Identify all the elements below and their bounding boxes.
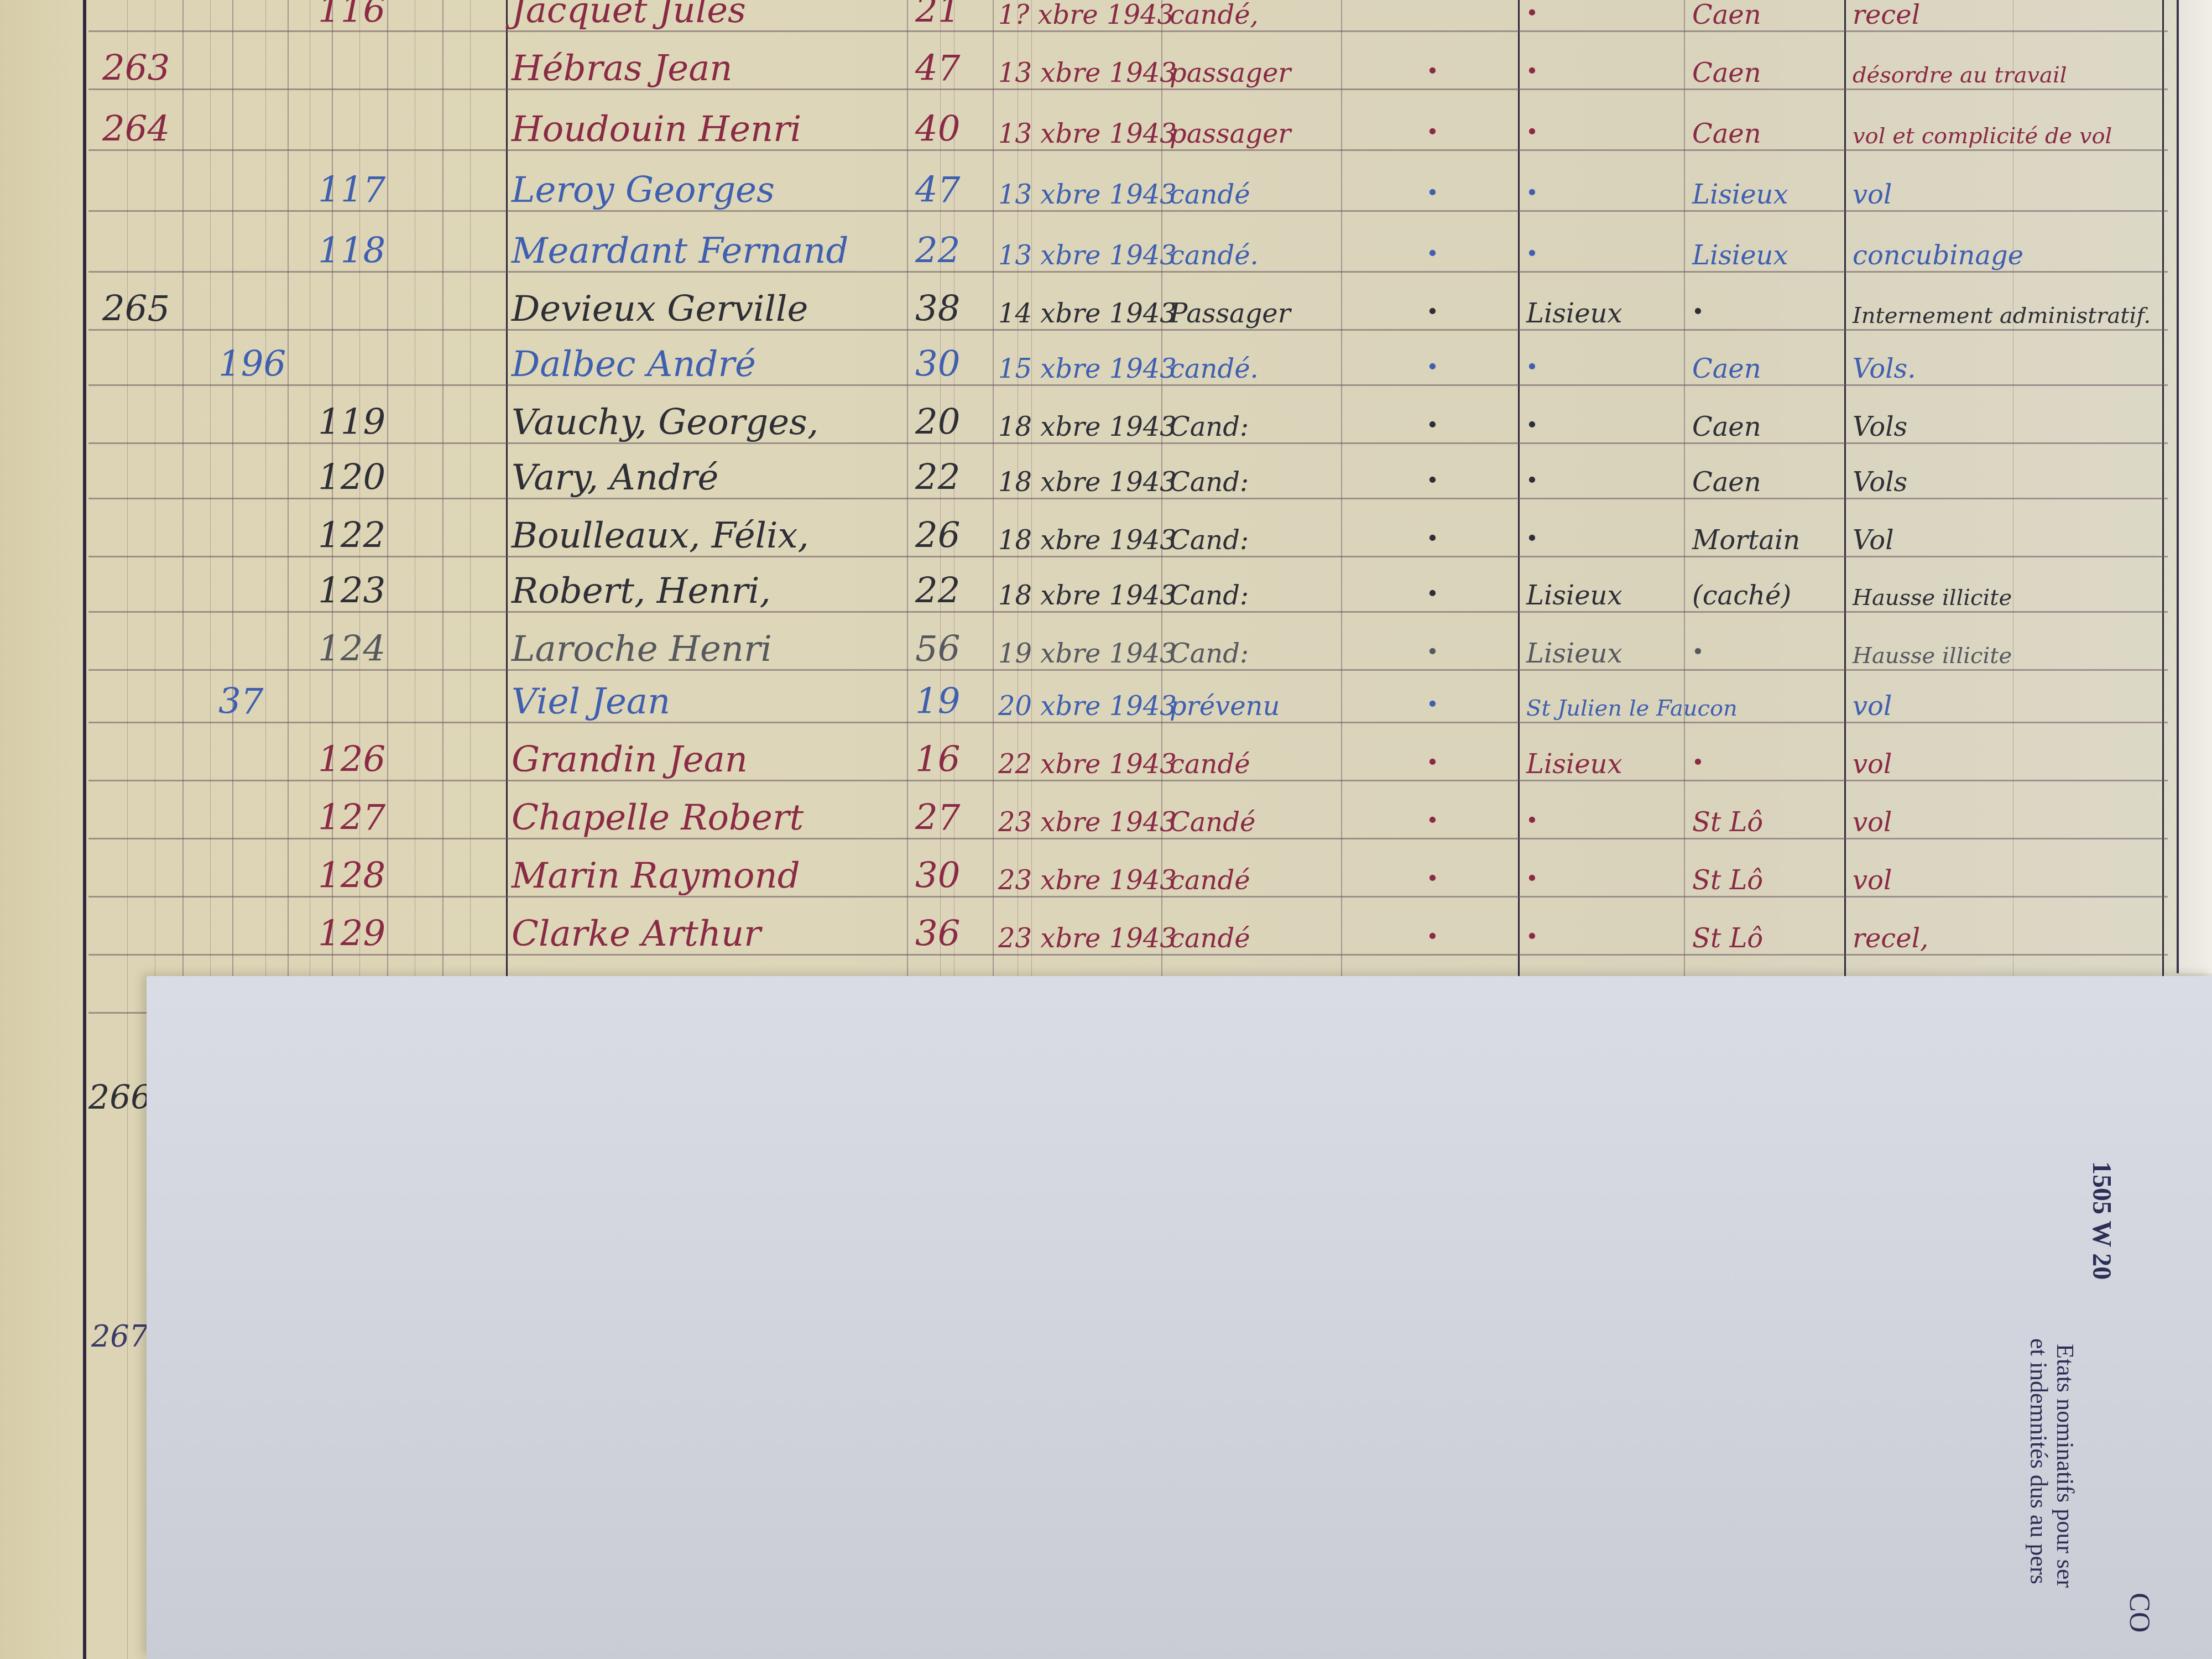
lieu-1: . <box>1526 106 1538 139</box>
register-row: 128Marin Raymond3023 xbre 1943candé..St … <box>0 835 2212 897</box>
entry-number: 119 <box>318 405 385 440</box>
motif: concubinage <box>1853 242 2023 269</box>
person-name: Vauchy, Georges, <box>512 405 818 440</box>
entry-number: 120 <box>318 460 385 495</box>
archive-corner-text: CO <box>2123 1593 2156 1632</box>
person-name: Clarke Arthur <box>512 916 761 952</box>
motif: vol <box>1853 867 1892 894</box>
age: 22 <box>915 460 960 495</box>
motif: recel, <box>1853 925 1928 952</box>
motif: Vols <box>1853 469 1907 495</box>
date: 13 xbre 1943 <box>998 121 1177 147</box>
register-row: 263Hébras Jean4713 xbre 1943passager..Ca… <box>0 28 2212 90</box>
lieu-2: Caen <box>1692 121 1761 147</box>
blank-column-mark: . <box>1427 795 1438 828</box>
register-number: 265 <box>102 291 170 327</box>
register-row: 265Devieux Gerville3814 xbre 1943Passage… <box>0 268 2212 330</box>
date: 13 xbre 1943 <box>998 60 1177 86</box>
lieu-2: (caché) <box>1692 582 1791 609</box>
lieu-1: . <box>1526 228 1538 261</box>
lieu-2: St Lô <box>1692 867 1763 894</box>
lieu-1: St Julien le Faucon <box>1526 697 1738 719</box>
register-row: 264Houdouin Henri4013 xbre 1943passager.… <box>0 88 2212 150</box>
lieu-2: . <box>1692 737 1704 770</box>
age: 26 <box>915 518 960 554</box>
entry-number: 122 <box>318 518 385 554</box>
qualite: candé <box>1170 867 1250 894</box>
register-row: 118Meardant Fernand2213 xbre 1943candé..… <box>0 210 2212 272</box>
lieu-1: . <box>1526 455 1538 488</box>
person-name: Chapelle Robert <box>512 800 804 836</box>
margin-number-267: 267 <box>91 1319 148 1354</box>
age: 19 <box>915 684 960 719</box>
date: 13 xbre 1943 <box>998 181 1177 208</box>
motif: recel <box>1853 2 1920 28</box>
blank-column-mark: . <box>1427 911 1438 944</box>
register-row: 123Robert, Henri,2218 xbre 1943Cand:.Lis… <box>0 550 2212 612</box>
lieu-2: Caen <box>1692 469 1761 495</box>
person-name: Marin Raymond <box>512 858 800 894</box>
lieu-2: Caen <box>1692 356 1761 382</box>
age: 22 <box>915 573 960 609</box>
lieu-2: . <box>1692 286 1704 319</box>
lieu-1: . <box>1526 853 1538 886</box>
qualite: Cand: <box>1170 469 1249 495</box>
qualite: candé <box>1170 181 1250 208</box>
age: 27 <box>915 800 960 836</box>
date: 23 xbre 1943 <box>998 925 1177 952</box>
blank-column-mark: . <box>1427 399 1438 432</box>
person-name: Robert, Henri, <box>512 573 771 609</box>
entry-number: 123 <box>318 573 385 609</box>
secondary-number: 37 <box>218 684 263 719</box>
person-name: Viel Jean <box>512 684 670 719</box>
date: 23 xbre 1943 <box>998 809 1177 836</box>
entry-number: 127 <box>318 800 385 836</box>
qualite: candé. <box>1170 242 1259 269</box>
qualite: candé. <box>1170 356 1259 382</box>
archive-description-line-1: Etats nominatifs pour ser <box>2051 1344 2079 1588</box>
register-row: 119Vauchy, Georges,2018 xbre 1943Cand:..… <box>0 382 2212 444</box>
motif: vol et complicité de vol <box>1853 125 2112 147</box>
blank-column-mark: . <box>1427 45 1438 79</box>
person-name: Hébras Jean <box>512 51 733 86</box>
qualite: Cand: <box>1170 527 1249 554</box>
person-name: Vary, André <box>512 460 718 495</box>
register-row: 37Viel Jean1920 xbre 1943prévenu.St Juli… <box>0 661 2212 723</box>
lieu-1: . <box>1526 167 1538 200</box>
lieu-1: . <box>1526 399 1538 432</box>
lieu-2: Lisieux <box>1692 242 1788 269</box>
age: 30 <box>915 347 960 382</box>
motif: Vols <box>1853 414 1907 440</box>
motif: Vol <box>1853 527 1894 554</box>
lieu-1: Lisieux <box>1526 751 1623 778</box>
motif: vol <box>1853 809 1892 836</box>
date: 1? xbre 1943 <box>998 2 1174 28</box>
entry-number: 128 <box>318 858 385 894</box>
date: 18 xbre 1943 <box>998 582 1177 609</box>
qualite: candé <box>1170 925 1250 952</box>
register-row: 196Dalbec André3015 xbre 1943candé...Cae… <box>0 324 2212 385</box>
lieu-2: Caen <box>1692 60 1761 86</box>
motif: vol <box>1853 181 1892 208</box>
lieu-2: Caen <box>1692 414 1761 440</box>
lieu-2: Mortain <box>1692 527 1800 554</box>
lieu-2: St Lô <box>1692 925 1763 952</box>
motif: vol <box>1853 693 1892 719</box>
qualite: Passager <box>1170 300 1291 327</box>
secondary-number: 196 <box>218 347 286 382</box>
lieu-1: Lisieux <box>1526 300 1623 327</box>
blank-column-mark: . <box>1427 513 1438 546</box>
person-name: Grandin Jean <box>512 742 748 778</box>
lieu-1: Lisieux <box>1526 582 1623 609</box>
archive-description-line-2: et indemnités dus au pers <box>2025 1338 2053 1584</box>
blank-column-mark: . <box>1427 679 1438 712</box>
age: 22 <box>915 233 960 269</box>
age: 38 <box>915 291 960 327</box>
archive-reference: 1505 W 20 <box>2086 1161 2117 1280</box>
register-row: 122Boulleaux, Félix,2618 xbre 1943Cand:.… <box>0 495 2212 557</box>
motif: Hausse illicite <box>1853 587 2012 609</box>
lieu-2: St Lô <box>1692 809 1763 836</box>
person-name: Houdouin Henri <box>512 112 801 147</box>
age: 40 <box>915 112 960 147</box>
qualite: prévenu <box>1170 693 1280 719</box>
register-number: 263 <box>102 51 170 86</box>
entry-number: 126 <box>318 742 385 778</box>
margin-number-266: 266 <box>88 1078 152 1117</box>
age: 30 <box>915 858 960 894</box>
date: 18 xbre 1943 <box>998 527 1177 554</box>
date: 18 xbre 1943 <box>998 414 1177 440</box>
qualite: Cand: <box>1170 582 1249 609</box>
lieu-1: . <box>1526 45 1538 79</box>
register-row: 120Vary, André2218 xbre 1943Cand:..CaenV… <box>0 437 2212 499</box>
motif: vol <box>1853 751 1892 778</box>
date: 15 xbre 1943 <box>998 356 1177 382</box>
blank-column-mark: . <box>1427 853 1438 886</box>
person-name: Boulleaux, Félix, <box>512 518 809 554</box>
entry-number: 129 <box>318 916 385 952</box>
blank-column-mark: . <box>1427 568 1438 601</box>
entry-number: 117 <box>318 173 385 208</box>
lieu-2: Caen <box>1692 2 1761 28</box>
person-name: Jacquet Jules <box>512 0 746 28</box>
date: 13 xbre 1943 <box>998 242 1177 269</box>
qualite: candé <box>1170 751 1250 778</box>
date: 22 xbre 1943 <box>998 751 1177 778</box>
person-name: Leroy Georges <box>512 173 775 208</box>
age: 36 <box>915 916 960 952</box>
qualite: candé, <box>1170 2 1259 28</box>
register-row: 117Leroy Georges4713 xbre 1943candé..Lis… <box>0 149 2212 211</box>
register-row: 116Jacquet Jules211? xbre 1943candé,.Cae… <box>0 0 2212 32</box>
lieu-1: . <box>1526 513 1538 546</box>
lieu-1: . <box>1526 0 1538 20</box>
blank-column-mark: . <box>1427 228 1438 261</box>
paper-sheet <box>147 976 2212 1659</box>
entry-number: 116 <box>318 0 385 28</box>
person-name: Devieux Gerville <box>512 291 808 327</box>
age: 47 <box>915 51 960 86</box>
register-number: 264 <box>102 112 170 147</box>
lieu-2: Lisieux <box>1692 181 1788 208</box>
date: 20 xbre 1943 <box>998 693 1177 719</box>
date: 23 xbre 1943 <box>998 867 1177 894</box>
blank-column-mark: . <box>1427 737 1438 770</box>
age: 21 <box>915 0 960 28</box>
entry-number: 118 <box>318 233 385 269</box>
person-name: Dalbec André <box>512 347 756 382</box>
lieu-2: . <box>1692 626 1704 659</box>
qualite: passager <box>1170 60 1291 86</box>
motif: désordre au travail <box>1853 64 2067 86</box>
qualite: Cand: <box>1170 414 1249 440</box>
qualite: passager <box>1170 121 1291 147</box>
date: 14 xbre 1943 <box>998 300 1177 327</box>
blank-column-mark: . <box>1427 626 1438 659</box>
blank-column-mark: . <box>1427 286 1438 319</box>
age: 20 <box>915 405 960 440</box>
lieu-1: . <box>1526 341 1538 374</box>
age: 16 <box>915 742 960 778</box>
blank-column-mark: . <box>1427 106 1438 139</box>
lieu-1: . <box>1526 795 1538 828</box>
date: 18 xbre 1943 <box>998 469 1177 495</box>
register-row: 127Chapelle Robert2723 xbre 1943Candé..S… <box>0 777 2212 839</box>
blank-column-mark: . <box>1427 341 1438 374</box>
age: 47 <box>915 173 960 208</box>
lieu-1: . <box>1526 911 1538 944</box>
person-name: Meardant Fernand <box>512 233 849 269</box>
motif: Vols. <box>1853 356 1916 382</box>
blank-column-mark: . <box>1427 455 1438 488</box>
register-row: 126Grandin Jean1622 xbre 1943candé.Lisie… <box>0 719 2212 781</box>
qualite: Candé <box>1170 809 1255 836</box>
register-row: 129Clarke Arthur3623 xbre 1943candé..St … <box>0 893 2212 955</box>
blank-column-mark: . <box>1427 167 1438 200</box>
